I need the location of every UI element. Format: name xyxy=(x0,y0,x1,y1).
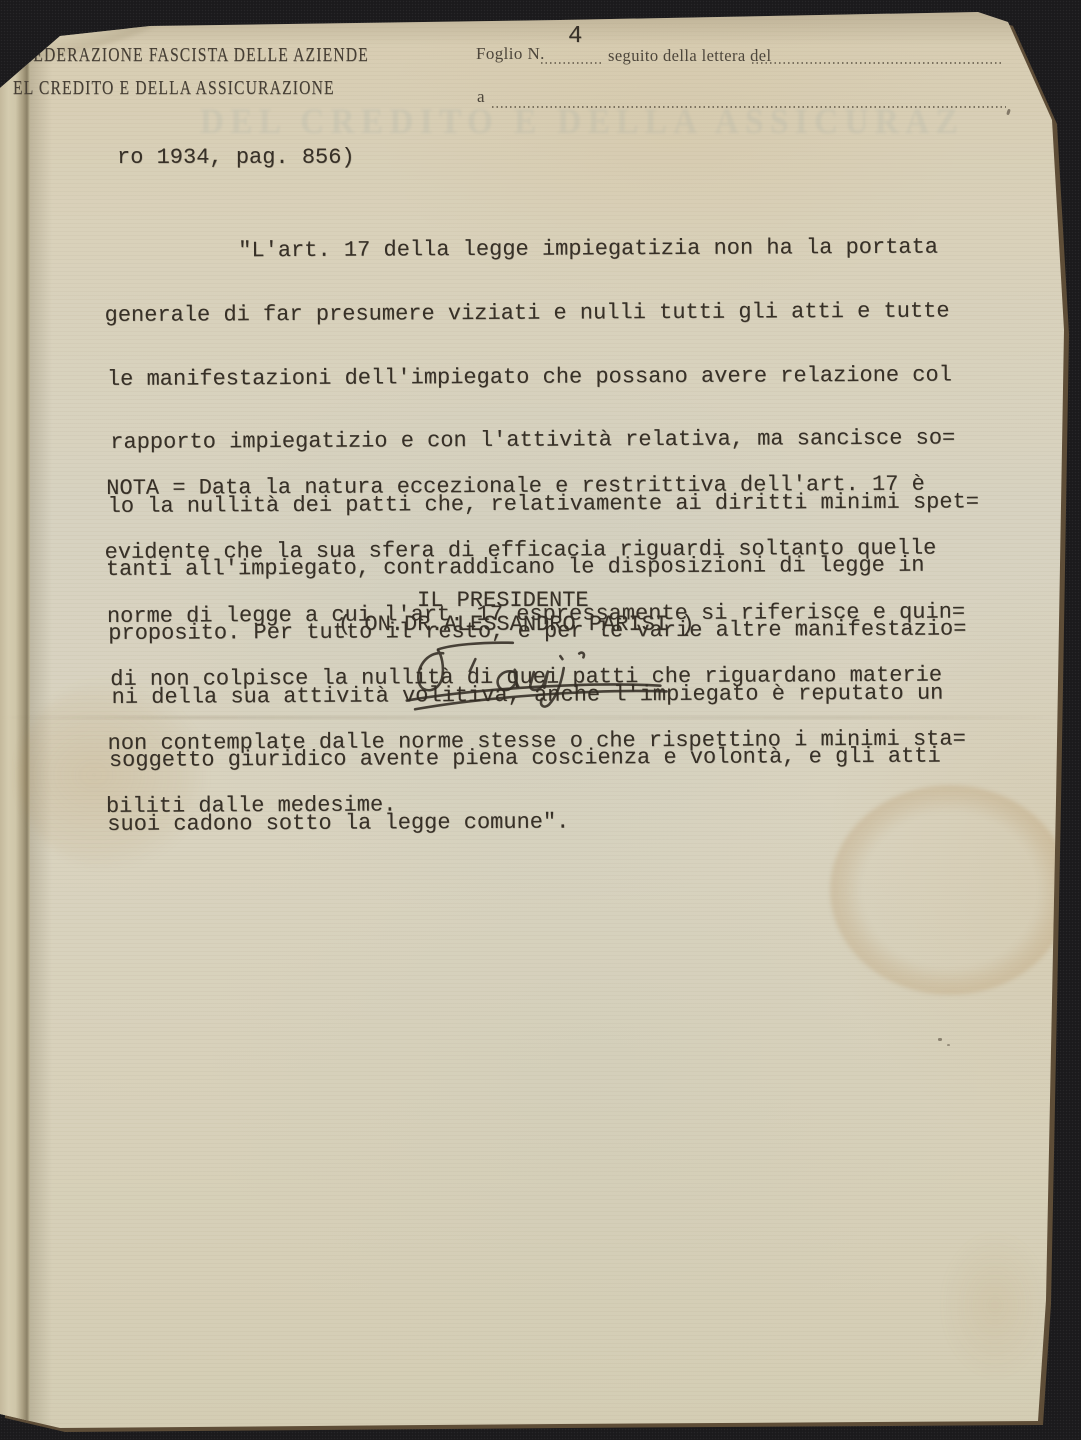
ink-speck xyxy=(1006,109,1011,116)
body-opening-line: ro 1934, pag. 856) xyxy=(117,147,355,168)
handwritten-signature xyxy=(391,629,684,723)
lettera-del-blank-line xyxy=(752,62,1002,64)
typed-line: generale di far presumere viziati e null… xyxy=(105,300,985,326)
paper-sheet: DEL CREDITO E DELLA ASSICURAZ NFEDERAZIO… xyxy=(0,0,1081,1440)
page-fold-left xyxy=(0,30,30,1426)
letterhead-line1: NFEDERAZIONE FASCISTA DELLE AZIENDE xyxy=(11,44,369,67)
typed-line: biliti dalle medesime. xyxy=(106,792,986,818)
seguito-label: seguito della lettera del xyxy=(608,46,771,66)
letterhead-line2: EL CREDITO E DELLA ASSICURAZIONE xyxy=(13,77,335,100)
typed-line: NOTA = Data la natura eccezionale e rest… xyxy=(106,474,986,500)
scanned-document-photo: { "colors":{"background":"#1b1a1c","pape… xyxy=(0,0,1081,1440)
foglio-label: Foglio N. xyxy=(476,44,545,64)
a-blank-line xyxy=(492,106,1006,108)
ink-speck xyxy=(947,1044,950,1046)
a-label: a xyxy=(477,87,485,107)
typed-line: le manifestazioni dell'impiegato che pos… xyxy=(107,364,987,390)
foglio-blank-line xyxy=(541,62,601,64)
ink-speck xyxy=(938,1038,942,1041)
typed-line: "L'art. 17 della legge impiegatizia non … xyxy=(106,237,986,263)
bottom-right-stain xyxy=(940,1230,1050,1380)
foglio-number: 4 xyxy=(568,26,582,47)
signature-title: IL PRESIDENTE xyxy=(417,590,589,611)
typed-line: non contemplate dalle norme stesse o che… xyxy=(108,728,988,754)
typed-line: evidente che la sua sfera di efficacia r… xyxy=(105,537,985,563)
